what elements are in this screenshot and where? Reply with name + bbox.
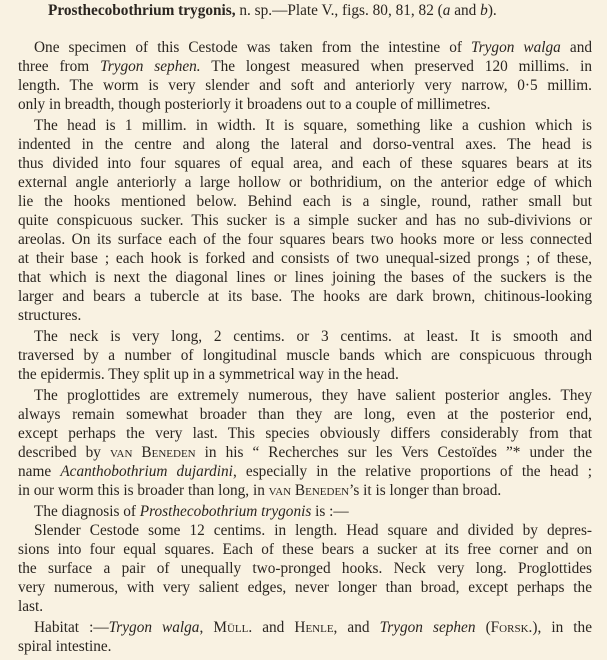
text-line: except perhaps the very last. This speci… [18, 424, 592, 443]
text-line: last. [18, 597, 592, 616]
species-name: Prosthecobothrium trygonis, [48, 2, 236, 19]
text-line: larger and bears a tubercle at its base.… [18, 287, 592, 306]
text-line: three from Trygon sephen. The longest me… [18, 57, 592, 76]
section-heading: Prosthecobothrium trygonis, n. sp.—Plate… [48, 2, 497, 20]
text-line: The neck is very long, 2 centims. or 3 c… [34, 327, 592, 346]
text-line: The diagnosis of Prosthecobothrium trygo… [34, 502, 592, 521]
text-line: spiral intestine. [18, 637, 592, 656]
text-line: One specimen of this Cestode was taken f… [34, 38, 592, 57]
text-line: traversed by a number of longitudinal mu… [18, 346, 592, 365]
text-line: The proglottides are extremely numerous,… [34, 386, 592, 405]
text-line: thus divided into four squares of equal … [18, 154, 592, 173]
text-line: quite conspicuous sucker. This sucker is… [18, 211, 592, 230]
text-line: at their base ; each hook is forked and … [18, 249, 592, 268]
text-line: external angle anteriorly a large hollow… [18, 173, 592, 192]
text-line: that which is next the diagonal lines or… [18, 268, 592, 287]
text-line: described by van Beneden in his “ Recher… [18, 443, 592, 462]
text-line: length. The worm is very slender and sof… [18, 76, 592, 95]
text-line: Habitat :—Trygon walga, Müll. and Henle,… [34, 618, 592, 637]
text-line: The head is 1 millim. in width. It is sq… [34, 116, 592, 135]
text-line: always remain somewhat broader than they… [18, 405, 592, 424]
text-line: indented in the centre and along the lat… [18, 135, 592, 154]
paper-page: Prosthecobothrium trygonis, n. sp.—Plate… [0, 0, 607, 660]
text-line: lie the hooks mentioned below. Behind ea… [18, 192, 592, 211]
text-line: very numerous, with very salient edges, … [18, 578, 592, 597]
text-line: sions into four equal squares. Each of t… [18, 540, 592, 559]
text-line: Slender Cestode some 12 centims. in leng… [34, 521, 592, 540]
text-line: the surface a pair of unequally two-pron… [18, 559, 592, 578]
text-line: name Acanthobothrium dujardini, especial… [18, 462, 592, 481]
text-line: areolas. On its surface each of the four… [18, 230, 592, 249]
text-line: only in breadth, though posteriorly it b… [18, 95, 592, 114]
text-line: structures. [18, 306, 592, 325]
text-line: the epidermis. They split up in a symmet… [18, 365, 592, 384]
text-line: in our worm this is broader than long, i… [18, 481, 592, 500]
